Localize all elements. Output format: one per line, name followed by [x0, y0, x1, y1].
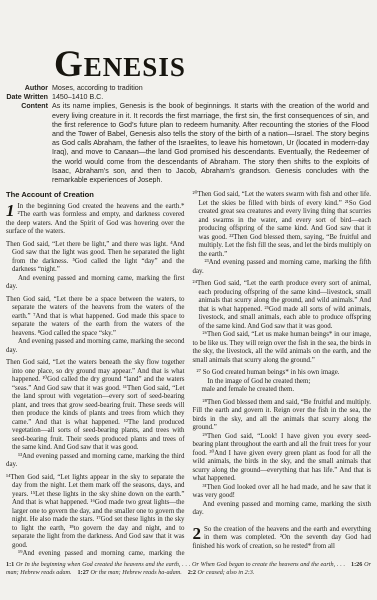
footnote-1-1: 1:1 Or In the beginning when God created… [6, 561, 345, 568]
footnote-text: Or ceased; also in 2:3. [198, 569, 255, 576]
footnote-text: Or In the beginning when God created the… [16, 561, 345, 568]
paragraph-gen-1-20-22: ²⁰Then God said, “Let the waters swarm w… [193, 191, 372, 259]
intro-field-author: Author Moses, according to tradition [0, 84, 377, 93]
book-title-rest: ENESIS [84, 52, 186, 82]
footnote-ref: 1:26 [351, 561, 362, 568]
paragraph-gen-1-9-12: Then God said, “Let the waters beneath t… [6, 359, 185, 453]
paragraph-evening-sixth-day: And evening passed and morning came, mar… [193, 501, 372, 518]
paragraph-gen-1-26: ²⁶Then God said, “Let us make human bein… [193, 331, 372, 365]
chapter-2-dropcap: 2 [193, 526, 202, 541]
footnote-2-2: 2:2 Or ceased; also in 2:3. [188, 569, 255, 576]
verse-text-2-1-2: So the creation of the heavens and the e… [193, 526, 372, 550]
book-title: GENESIS [54, 48, 377, 81]
poetry-line: male and female he created them. [193, 386, 372, 395]
footnote-1-27: 1:27 Or the man; Hebrew reads ha-adam. [78, 569, 182, 576]
poetry-gen-1-27: ²⁷ So God created human beings* in his o… [193, 369, 372, 395]
intro-label-content: Content [0, 102, 52, 185]
poetry-line: ²⁷ So God created human beings* in his o… [193, 369, 372, 378]
footnote-text: Or the man; Hebrew reads ha-adam. [90, 569, 181, 576]
footnotes: 1:1 Or In the beginning when God created… [6, 558, 371, 577]
footnote-ref: 2:2 [188, 569, 196, 576]
paragraph-evening-fifth-day: ²³And evening passed and morning came, m… [193, 259, 372, 276]
intro-value-content: As its name implies, Genesis is the book… [52, 102, 377, 185]
paragraph-gen-1-6-8: Then God said, “Let there be a space bet… [6, 296, 185, 339]
paragraph-gen-1-24-25: ²⁴Then God said, “Let the earth produce … [193, 280, 372, 331]
left-column: The Account of Creation 1In the beginnin… [6, 191, 185, 567]
paragraph-gen-1-1-2: 1In the beginning God created the heaven… [6, 203, 185, 237]
paragraph-evening-second-day: And evening passed and morning came, mar… [6, 338, 185, 355]
paragraph-gen-1-31: ³¹Then God looked over all he had made, … [193, 484, 372, 501]
verse-text-1-1-2: In the beginning God created the heavens… [6, 203, 185, 236]
paragraph-gen-1-14-18: ¹⁴Then God said, “Let lights appear in t… [6, 474, 185, 551]
intro-label-author: Author [0, 84, 52, 93]
paragraph-gen-1-29-30: ²⁹Then God said, “Look! I have given you… [193, 433, 372, 484]
paragraph-gen-2-1-2: 2So the creation of the heavens and the … [193, 526, 372, 552]
intro-value-author: Moses, according to tradition [52, 84, 377, 93]
chapter-1-dropcap: 1 [6, 203, 15, 218]
paragraph-evening-first-day: And evening passed and morning came, mar… [6, 275, 185, 292]
intro-value-date-written: 1450–1410 B.C. [52, 93, 377, 102]
right-column: ²⁰Then God said, “Let the waters swarm w… [193, 191, 372, 567]
scripture-columns: The Account of Creation 1In the beginnin… [0, 191, 377, 567]
intro-field-content: Content As its name implies, Genesis is … [0, 102, 377, 185]
paragraph-evening-third-day: ¹³And evening passed and morning came, m… [6, 453, 185, 470]
poetry-line: In the image of God he created them; [193, 378, 372, 387]
intro-field-date-written: Date Written 1450–1410 B.C. [0, 93, 377, 102]
intro-label-date-written: Date Written [0, 93, 52, 102]
bible-page: GENESIS Author Moses, according to tradi… [0, 0, 377, 600]
footnote-ref: 1:1 [6, 561, 14, 568]
section-heading: The Account of Creation [6, 191, 185, 200]
footnote-ref: 1:27 [78, 569, 89, 576]
book-intro: Author Moses, according to tradition Dat… [0, 84, 377, 185]
book-title-initial: G [54, 44, 84, 85]
paragraph-gen-1-3-5: Then God said, “Let there be light,” and… [6, 241, 185, 275]
paragraph-gen-1-28: ²⁸Then God blessed them and said, “Be fr… [193, 399, 372, 433]
